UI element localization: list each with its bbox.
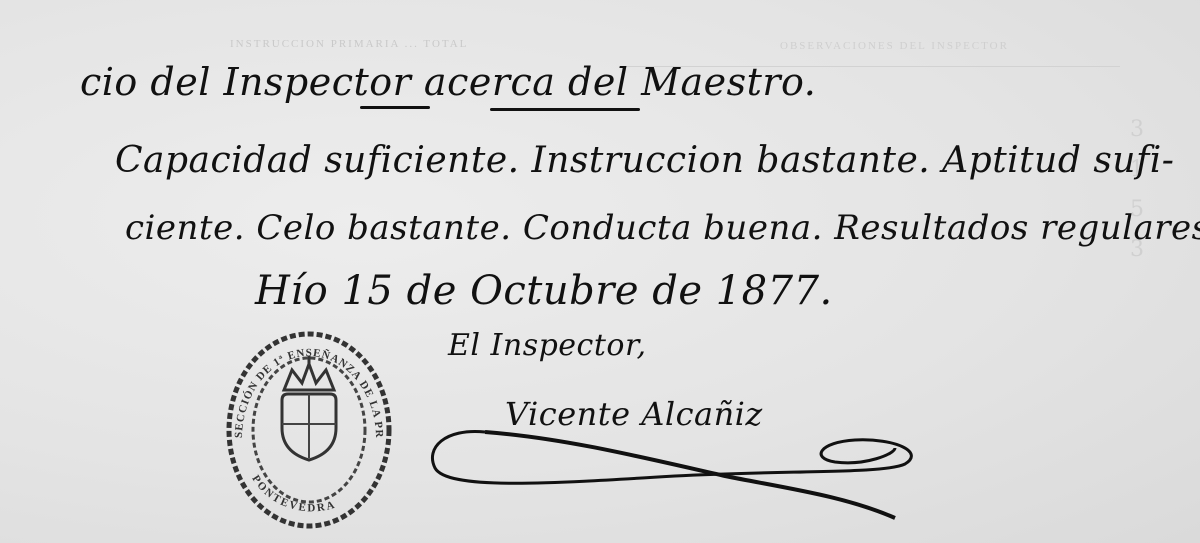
heading-line: cio del Inspector acerca del Maestro. (80, 60, 816, 104)
signatory-title: El Inspector, (448, 328, 647, 363)
assessment-line-2: ciente. Celo bastante. Conducta buena. R… (125, 208, 1200, 248)
background-print-header-left: INSTRUCCION PRIMARIA ... TOTAL (230, 38, 468, 50)
background-print-header-right: OBSERVACIONES DEL INSPECTOR (780, 40, 1009, 52)
svg-text:SECCIÓN DE 1ª ENSEÑANZA DE LA: SECCIÓN DE 1ª ENSEÑANZA DE LA PROV. (222, 328, 385, 439)
official-stamp-icon: SECCIÓN DE 1ª ENSEÑANZA DE LA PROV. PONT… (222, 328, 397, 533)
signature-flourish-icon (425, 418, 945, 528)
stamp-text-top: SECCIÓN DE 1ª ENSEÑANZA DE LA PROV. (222, 328, 385, 439)
date-line: Hío 15 de Octubre de 1877. (255, 268, 833, 314)
assessment-line-1: Capacidad suficiente. Instruccion bastan… (115, 140, 1174, 181)
heading-underline (360, 106, 430, 109)
coat-of-arms-icon (282, 394, 336, 460)
heading-underline (490, 108, 640, 111)
